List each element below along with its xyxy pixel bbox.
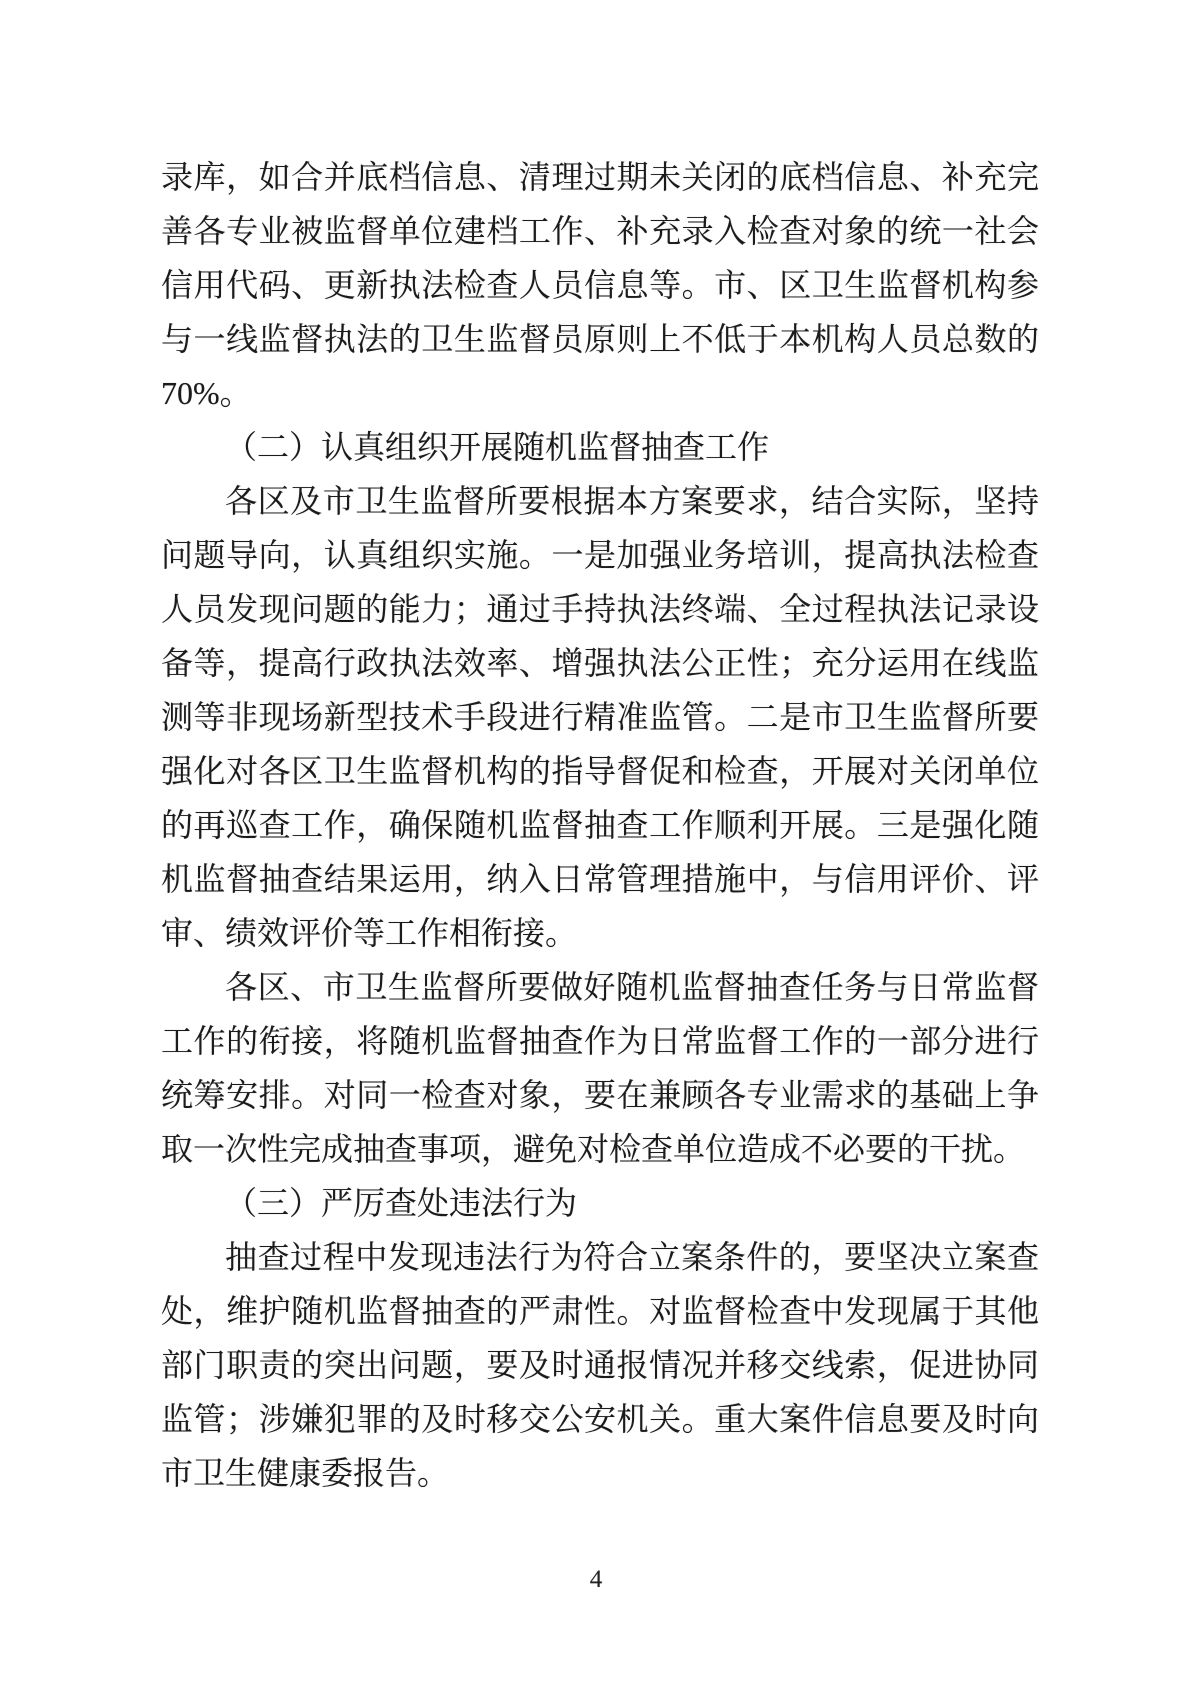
section-heading-line: （二）认真组织开展随机监督抽查工作 (161, 420, 1039, 474)
paragraph-organize-inspection: 各区及市卫生监督所要根据本方案要求，结合实际，坚持问题导向，认真组织实施。一是加… (161, 474, 1039, 960)
text-line: 部门职责的突出问题，要及时通报情况并移交线索，促进协同 (161, 1338, 1039, 1392)
text-line: 各区、市卫生监督所要做好随机监督抽查任务与日常监督 (161, 960, 1039, 1014)
text-line: 测等非现场新型技术手段进行精准监管。二是市卫生监督所要 (161, 690, 1039, 744)
text-line: 备等，提高行政执法效率、增强执法公正性；充分运用在线监 (161, 636, 1039, 690)
text-line: 善各专业被监督单位建档工作、补充录入检查对象的统一社会 (161, 204, 1039, 258)
text-line: 各区及市卫生监督所要根据本方案要求，结合实际，坚持 (161, 474, 1039, 528)
text-line: 信用代码、更新执法检查人员信息等。市、区卫生监督机构参 (161, 258, 1039, 312)
text-line: 的再巡查工作，确保随机监督抽查工作顺利开展。三是强化随 (161, 798, 1039, 852)
text-line: 强化对各区卫生监督机构的指导督促和检查，开展对关闭单位 (161, 744, 1039, 798)
text-line: 与一线监督执法的卫生监督员原则上不低于本机构人员总数的 (161, 312, 1039, 366)
page-number: 4 (0, 1565, 1192, 1595)
text-line: 市卫生健康委报告。 (161, 1446, 1039, 1500)
section-heading-3: （三）严厉查处违法行为 (161, 1176, 1039, 1230)
text-line: 监管；涉嫌犯罪的及时移交公安机关。重大案件信息要及时向 (161, 1392, 1039, 1446)
text-line: 处，维护随机监督抽查的严肃性。对监督检查中发现属于其他 (161, 1284, 1039, 1338)
paragraph-continuation: 录库，如合并底档信息、清理过期未关闭的底档信息、补充完善各专业被监督单位建档工作… (161, 150, 1039, 420)
document-body: 录库，如合并底档信息、清理过期未关闭的底档信息、补充完善各专业被监督单位建档工作… (161, 150, 1039, 1500)
text-line: 机监督抽查结果运用，纳入日常管理措施中，与信用评价、评 (161, 852, 1039, 906)
text-line: 抽查过程中发现违法行为符合立案条件的，要坚决立案查 (161, 1230, 1039, 1284)
text-line: 70%。 (161, 366, 1039, 420)
text-line: 问题导向，认真组织实施。一是加强业务培训，提高执法检查 (161, 528, 1039, 582)
text-line: 录库，如合并底档信息、清理过期未关闭的底档信息、补充完 (161, 150, 1039, 204)
text-line: 人员发现问题的能力；通过手持执法终端、全过程执法记录设 (161, 582, 1039, 636)
text-line: 统筹安排。对同一检查对象，要在兼顾各专业需求的基础上争 (161, 1068, 1039, 1122)
text-line: 审、绩效评价等工作相衔接。 (161, 906, 1039, 960)
text-line: 工作的衔接，将随机监督抽查作为日常监督工作的一部分进行 (161, 1014, 1039, 1068)
text-line: 取一次性完成抽查事项，避免对检查单位造成不必要的干扰。 (161, 1122, 1039, 1176)
section-heading-line: （三）严厉查处违法行为 (161, 1176, 1039, 1230)
paragraph-illegal-acts: 抽查过程中发现违法行为符合立案条件的，要坚决立案查处，维护随机监督抽查的严肃性。… (161, 1230, 1039, 1500)
section-heading-2: （二）认真组织开展随机监督抽查工作 (161, 420, 1039, 474)
paragraph-daily-supervision: 各区、市卫生监督所要做好随机监督抽查任务与日常监督工作的衔接，将随机监督抽查作为… (161, 960, 1039, 1176)
document-page: 录库，如合并底档信息、清理过期未关闭的底档信息、补充完善各专业被监督单位建档工作… (0, 0, 1192, 1684)
